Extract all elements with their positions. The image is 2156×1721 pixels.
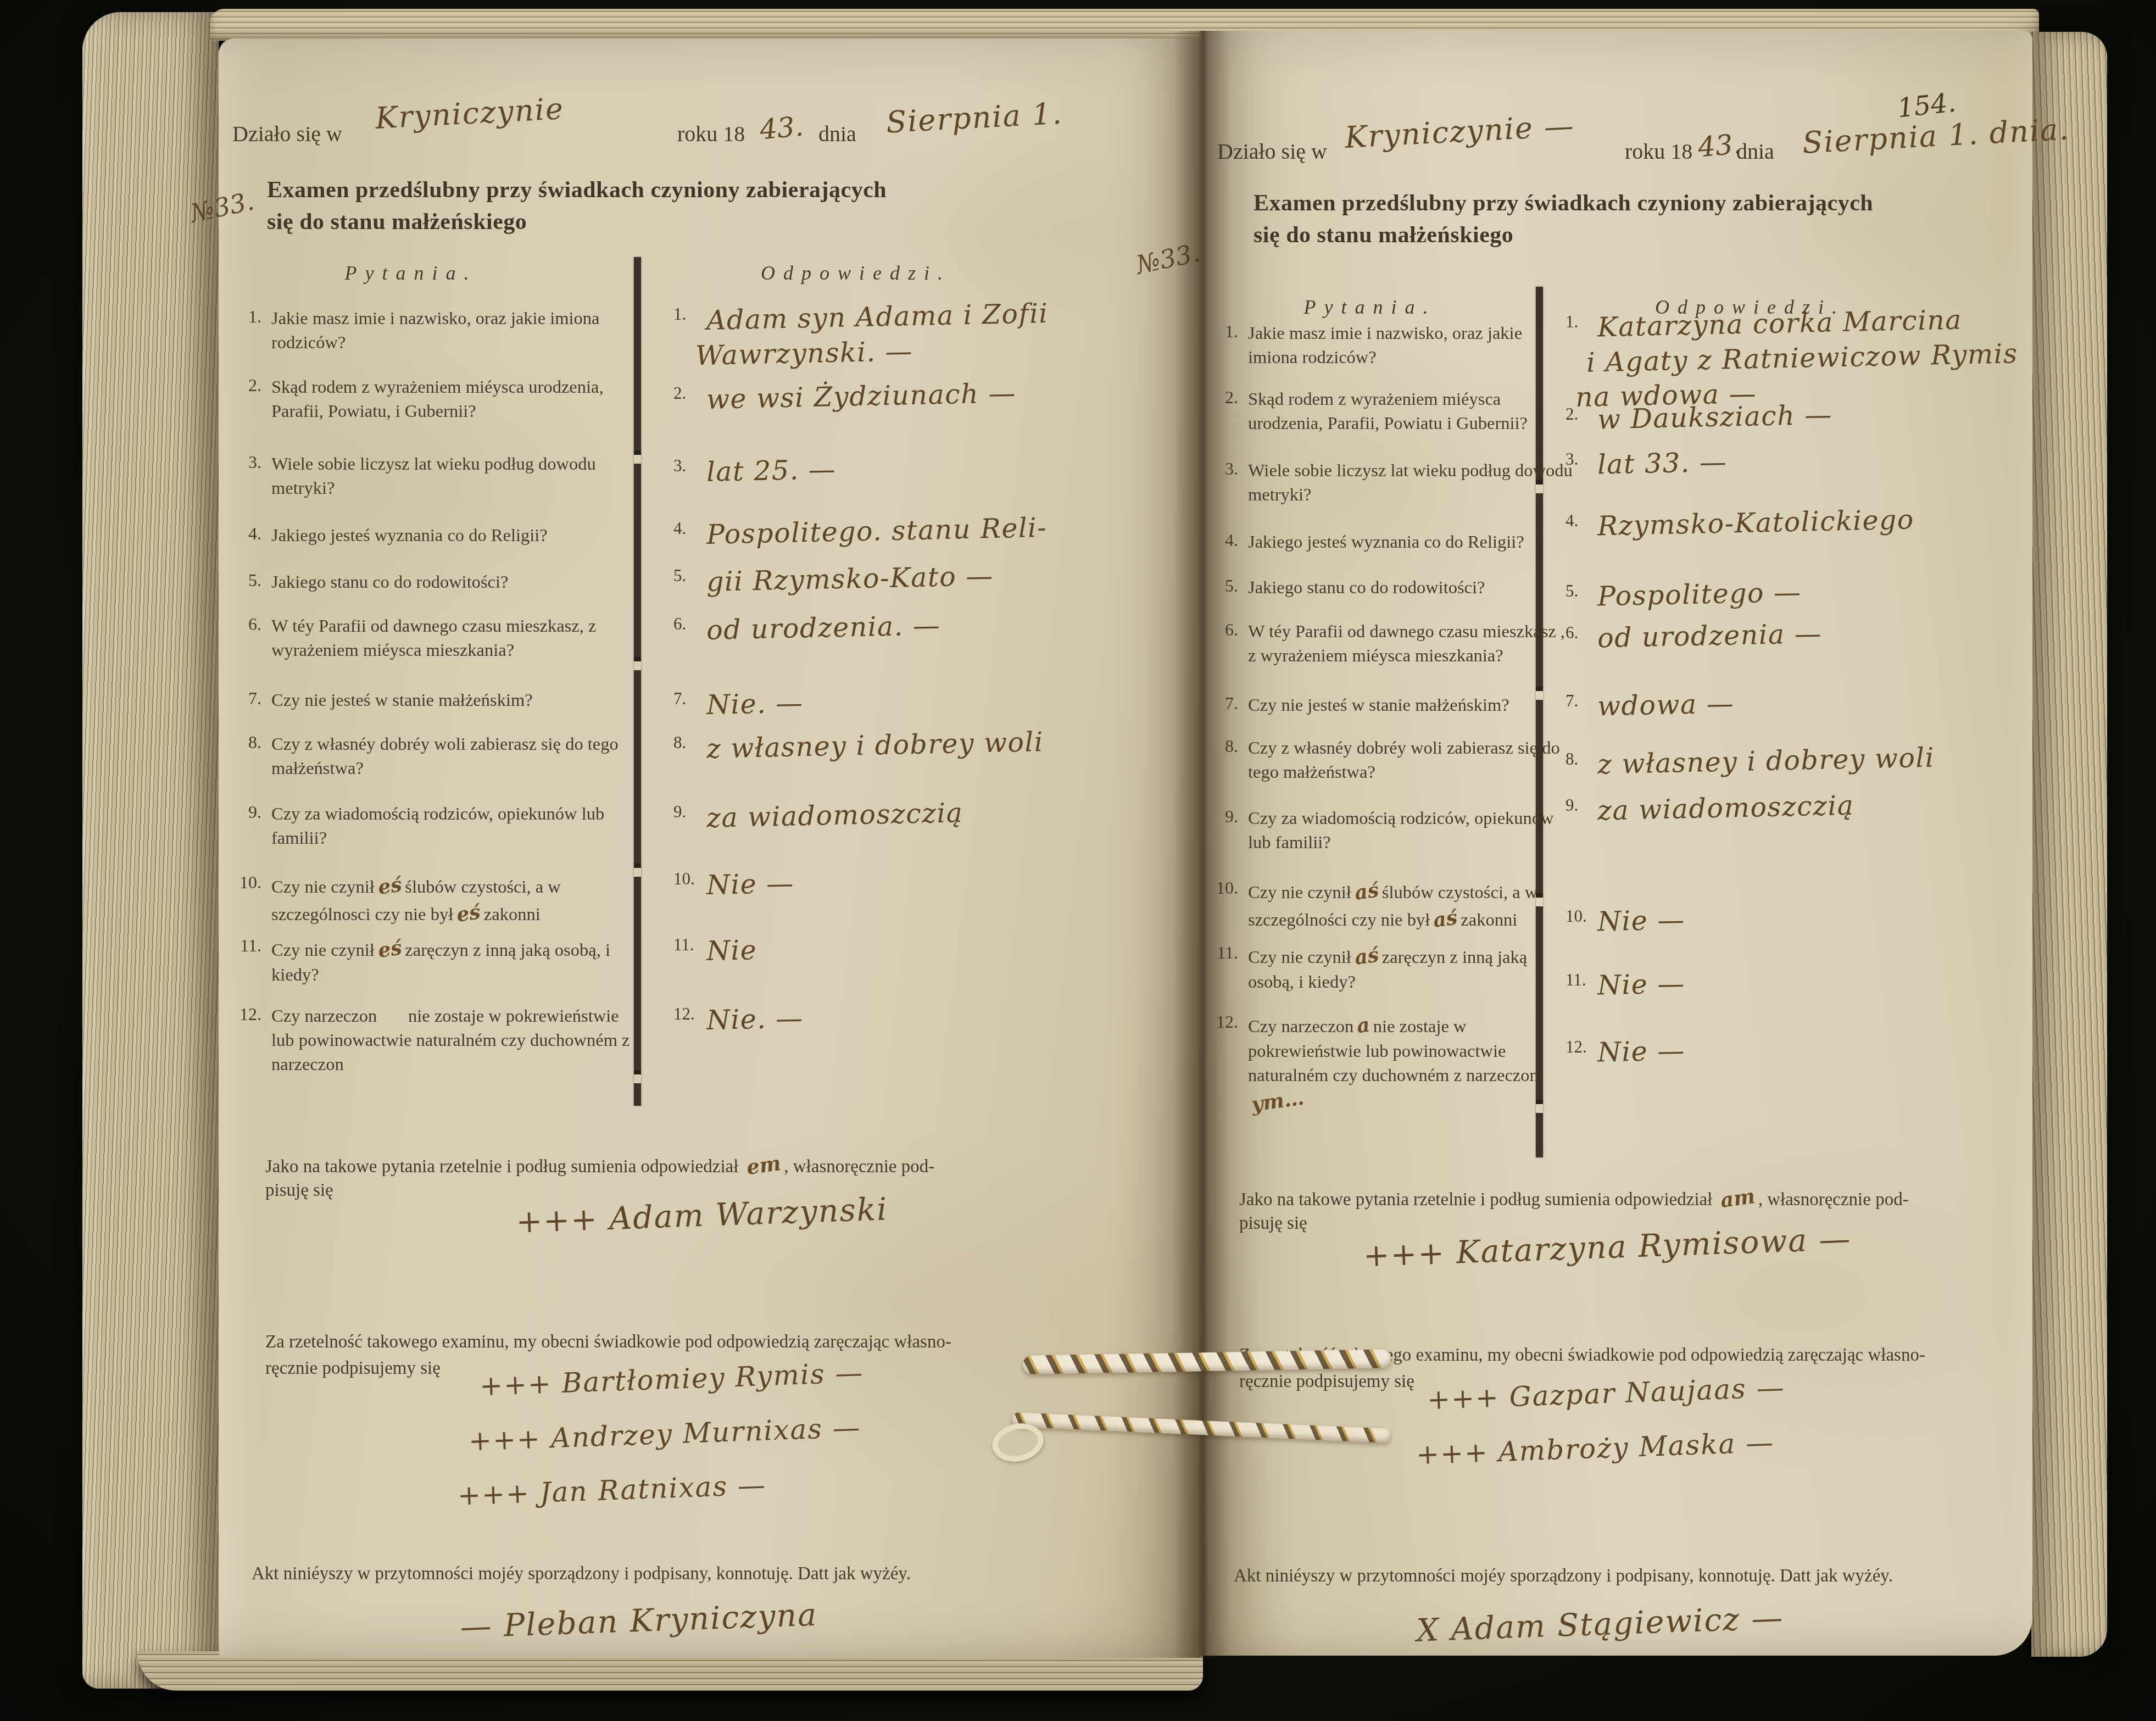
witness-signature: +++ Ambroży Maska — xyxy=(1416,1427,1775,1471)
handwritten-insert: am xyxy=(1715,1182,1760,1216)
answer-number: 11. xyxy=(1566,970,1586,990)
answer-item: za wiadomoszczią xyxy=(1597,789,2042,824)
handwritten-insert: em xyxy=(741,1149,785,1183)
question-number: 5. xyxy=(1207,576,1238,596)
declaration-text-line2: pisuję się xyxy=(1239,1211,1307,1236)
question-text-segment: Czy z własnéy dobréy woli zabierasz się … xyxy=(1248,738,1560,782)
question-text-segment: Wiele sobie liczysz lat wieku podług dow… xyxy=(271,454,596,498)
handwritten-insert: eś xyxy=(452,898,486,929)
declaration-text-segment: , własnoręcznie pod- xyxy=(784,1157,934,1177)
answer-item: od urodzenia. — xyxy=(706,608,1228,643)
answer-item: we wsi Żydziunach — xyxy=(706,377,1228,412)
question-text-segment: Czy z własnéy dobréy woli zabierasz się … xyxy=(271,734,619,778)
question-text-segment: Jakiego jesteś wyznania co do Religii? xyxy=(1248,532,1524,552)
scanned-book-photo: { "document": { "page_number": "154.", "… xyxy=(0,0,2156,1721)
question-text-segment: Jakiego stanu co do rodowitości? xyxy=(271,572,508,592)
question-text-segment: Skąd rodem z wyrażeniem miéysca urodzeni… xyxy=(271,377,604,421)
question-number: 4. xyxy=(1207,530,1238,550)
place-handwritten: Kryniczynie — xyxy=(1344,108,1576,155)
question-text: Czy nie czyniłaśzaręczyn z inną jaką oso… xyxy=(1248,943,1573,994)
answer-text: z własney i dobrey woli xyxy=(706,721,1228,767)
form-title-line1: Examen przedślubny przy świadkach czynio… xyxy=(267,177,1157,203)
question-number: 7. xyxy=(1207,693,1238,714)
handwritten-insert: eś xyxy=(373,933,407,965)
question-number: 10. xyxy=(1207,878,1238,898)
handwritten-insert: aś xyxy=(1350,876,1384,907)
question-text: Wiele sobie liczysz lat wieku podług dow… xyxy=(271,452,635,500)
question-text: Jakie masz imie i nazwisko, oraz jakie i… xyxy=(271,307,635,355)
question-text-segment: Czy za wiadomością rodziców, opiekunów l… xyxy=(271,804,604,848)
questions-column-header: Pytania. xyxy=(1304,296,1436,319)
witnesses-text-line2: ręcznie podpisujemy się xyxy=(1239,1369,1414,1394)
answer-item: Nie — xyxy=(1597,963,2042,999)
witness-signature: +++ Andrzey Murnixas — xyxy=(468,1412,862,1457)
question-number: 11. xyxy=(1207,943,1238,963)
question-text: Jakiego jesteś wyznania co do Religii? xyxy=(1248,530,1573,554)
question-text: Skąd rodem z wyrażeniem miéysca urodzeni… xyxy=(1248,387,1573,436)
answer-number: 7. xyxy=(1566,691,1578,711)
answer-number: 11. xyxy=(673,935,694,955)
answer-item: Nie — xyxy=(1597,900,2042,935)
answer-item: za wiadomoszczią xyxy=(706,795,1228,831)
question-text-segment: Czy nie jesteś w stanie małżeńskim? xyxy=(271,690,533,710)
question-text-segment: Czy nie czynił xyxy=(1248,883,1351,903)
question-text-segment: Czy nie jesteś w stanie małżeńskim? xyxy=(1248,695,1509,715)
question-number: 6. xyxy=(1207,620,1238,640)
date-handwritten: Sierpnia 1. dnia. xyxy=(1802,112,2070,160)
answer-item: z własney i dobrey woli xyxy=(1597,743,2042,778)
question-number: 10. xyxy=(227,872,261,893)
question-text-segment: Jakie masz imie i nazwisko, oraz jakie i… xyxy=(1248,324,1522,367)
answer-number: 4. xyxy=(673,519,686,538)
question-text-segment: Wiele sobie liczysz lat wieku podług dow… xyxy=(1248,461,1573,505)
answer-item: od urodzenia — xyxy=(1597,616,2042,651)
answer-number: 10. xyxy=(1566,906,1587,926)
closing-text: Akt niniéyszy w przytomności mojéy sporz… xyxy=(1234,1563,1893,1589)
respondent-signature: +++ Katarzyna Rymisowa — xyxy=(1332,1220,1882,1276)
answer-number: 6. xyxy=(673,614,686,634)
answer-text: w Dauksziach — xyxy=(1597,393,2042,438)
answer-number: 4. xyxy=(1566,511,1578,531)
answer-text: za wiadomoszczią xyxy=(1597,784,2042,829)
answer-number: 5. xyxy=(673,566,686,586)
book-fore-edge-left xyxy=(82,12,219,1689)
question-number: 1. xyxy=(227,307,261,327)
question-text-segment: zakonni xyxy=(484,905,541,924)
questions-column-header: Pytania. xyxy=(345,261,477,285)
answer-text: Pospolitego — xyxy=(1597,570,2042,615)
answer-text: Rzymsko-Katolickiego xyxy=(1597,500,2042,544)
question-text: Czy nie jesteś w stanie małżeńskim? xyxy=(271,688,635,712)
respondent-signature: +++ Adam Warzynski xyxy=(427,1188,977,1244)
answer-item: Nie xyxy=(706,928,1228,963)
answer-text: lat 33. — xyxy=(1597,438,2042,483)
answer-number: 8. xyxy=(673,733,686,753)
witnesses-text-line2: ręcznie podpisujemy się xyxy=(265,1356,441,1381)
question-number: 3. xyxy=(1207,459,1238,479)
question-text-segment: W téy Parafii od dawnego czasu mieszkasz… xyxy=(271,616,596,660)
answer-number: 2. xyxy=(1566,404,1578,424)
question-number: 9. xyxy=(227,802,261,822)
form-title-line2: się do stanu małżeńskiego xyxy=(1254,222,2017,248)
witness-signature: +++ Jan Ratnixas — xyxy=(457,1469,767,1512)
question-text: Wiele sobie liczysz lat wieku podług dow… xyxy=(1248,459,1573,507)
officiant-signature: X Adam Stągiewicz — xyxy=(1344,1597,1856,1651)
question-number: 6. xyxy=(227,614,261,634)
question-text-segment: Jakiego stanu co do rodowitości? xyxy=(1248,578,1485,598)
question-text-segment: Jakie masz imie i nazwisko, oraz jakie i… xyxy=(271,309,599,353)
answer-text: Nie — xyxy=(706,857,1228,903)
question-text: Skąd rodem z wyrażeniem miéysca urodzeni… xyxy=(271,375,635,424)
question-text: Jakiego stanu co do rodowitości? xyxy=(1248,576,1573,600)
question-text: Jakiego stanu co do rodowitości? xyxy=(271,570,635,594)
answer-text: Pospolitego. stanu Reli- xyxy=(706,506,1228,553)
question-number: 2. xyxy=(227,375,261,396)
answer-text: Nie — xyxy=(1597,959,2042,1004)
witnesses-text-line1: Za rzetelność takowego examinu, my obecn… xyxy=(265,1329,951,1355)
question-number: 12. xyxy=(1207,1012,1238,1032)
answer-item: wdowa — xyxy=(1597,684,2042,720)
question-text: Jakie masz imie i nazwisko, oraz jakie i… xyxy=(1248,321,1573,370)
question-text: Czy z własnéy dobréy woli zabierasz się … xyxy=(271,732,635,781)
answer-text: za wiadomoszczią xyxy=(706,790,1228,836)
witness-signature: +++ Gazpar Naujaas — xyxy=(1427,1372,1785,1416)
answer-item: Pospolitego — xyxy=(1597,575,2042,610)
question-text-segment: Czy nie czynił xyxy=(1248,948,1351,967)
question-number: 7. xyxy=(227,688,261,709)
question-text-segment: Jakiego jesteś wyznania co do Religii? xyxy=(271,526,548,545)
question-text: Czy za wiadomością rodziców, opiekunów l… xyxy=(1248,806,1573,855)
answers-column-header: Odpowiedzi. xyxy=(761,261,951,285)
question-text: Czy nie czyniłeśzaręczyn z inną jaką oso… xyxy=(271,935,635,987)
officiant-signature: — Pleban Kryniczyna xyxy=(375,1594,903,1648)
place-handwritten: Kryniczynie xyxy=(375,91,565,136)
handwritten-insert: aś xyxy=(1428,903,1462,934)
page-right: 154. Działo się wKryniczynie —roku 1843.… xyxy=(1201,31,2032,1656)
witness-signature: +++ Bartłomiey Rymis — xyxy=(479,1357,864,1402)
answer-number: 1. xyxy=(673,304,686,324)
question-text-segment: Czy narzeczon nie zostaje w pokrewieństw… xyxy=(271,1006,630,1074)
question-text: Czy nie jesteś w stanie małżeńskim? xyxy=(1248,693,1573,717)
question-text-segment: Czy nie czynił xyxy=(271,940,375,960)
answer-item: z własney i dobrey woli xyxy=(706,726,1228,761)
declaration-text-segment: Jako na takowe pytania rzetelnie i podłu… xyxy=(265,1157,743,1177)
answer-number: 3. xyxy=(673,456,686,476)
question-text: Czy z własnéy dobréy woli zabierasz się … xyxy=(1248,736,1573,784)
question-number: 12. xyxy=(227,1004,261,1024)
question-number: 11. xyxy=(227,935,261,956)
answer-item: lat 33. — xyxy=(1597,443,2042,478)
answer-text: wdowa — xyxy=(1597,680,2042,725)
answer-number: 7. xyxy=(673,689,686,709)
question-text-segment: Czy za wiadomością rodziców, opiekunów l… xyxy=(1248,809,1554,853)
answer-item: Nie. — xyxy=(706,682,1228,717)
answer-number: 9. xyxy=(673,802,686,822)
answer-text: od urodzenia — xyxy=(1597,612,2042,656)
answer-text: Nie. — xyxy=(706,677,1228,723)
answer-text: Nie — xyxy=(1597,895,2042,940)
question-text-segment: zakonni xyxy=(1461,910,1517,930)
question-text-segment: W téy Parafii od dawnego czasu mieszkasz… xyxy=(1248,622,1565,666)
answer-number: 1. xyxy=(1566,312,1578,332)
answer-number: 3. xyxy=(1566,449,1578,469)
answer-number: 10. xyxy=(673,869,695,889)
answer-item: w Dauksziach — xyxy=(1597,398,2042,433)
header-day-label: dnia xyxy=(1736,138,1774,164)
answer-text: lat 25. — xyxy=(706,444,1228,490)
declaration-text: Jako na takowe pytania rzetelnie i podłu… xyxy=(1239,1184,1909,1213)
answer-number: 5. xyxy=(1566,581,1578,601)
answer-text: Nie xyxy=(706,923,1228,969)
book-fore-edge-right xyxy=(2031,32,2107,1657)
question-text: Czy narzeczon nie zostaje w pokrewieństw… xyxy=(271,1004,635,1077)
handwritten-insert: ym… xyxy=(1246,1084,1309,1119)
header-acted-label: Działo się w xyxy=(232,121,342,147)
handwritten-insert: aś xyxy=(1350,940,1384,972)
answer-item: Nie — xyxy=(706,862,1228,898)
question-number: 4. xyxy=(227,523,261,544)
answer-number: 12. xyxy=(1566,1037,1587,1057)
question-text: Czy nie czyniłaśślubów czystości, a w sz… xyxy=(1248,878,1573,932)
question-number: 1. xyxy=(1207,321,1238,342)
question-text-segment: Czy nie czynił xyxy=(271,877,375,897)
answer-text: z własney i dobrey woli xyxy=(1597,738,2042,783)
answer-item: lat 25. — xyxy=(706,449,1228,484)
year-handwritten: 43. xyxy=(759,110,805,146)
declaration-text-segment: Jako na takowe pytania rzetelnie i podłu… xyxy=(1239,1190,1717,1210)
answer-item: Pospolitego. stanu Reli- xyxy=(706,512,1228,547)
answer-text: od urodzenia. — xyxy=(706,602,1228,648)
answer-item: gii Rzymsko-Kato — xyxy=(706,559,1228,594)
declaration-text: Jako na takowe pytania rzetelnie i podłu… xyxy=(265,1151,934,1180)
answer-number: 8. xyxy=(1566,749,1578,769)
header-acted-label: Działo się w xyxy=(1217,138,1327,164)
answer-item: Nie — xyxy=(1597,1031,2042,1066)
answer-number: 2. xyxy=(673,383,686,403)
question-number: 5. xyxy=(227,570,261,591)
header-day-label: dnia xyxy=(818,121,856,147)
answer-text: we wsi Żydziunach — xyxy=(706,371,1228,417)
answer-item: Nie. — xyxy=(706,998,1228,1033)
declaration-text-segment: , własnoręcznie pod- xyxy=(1758,1190,1909,1210)
question-number: 8. xyxy=(227,732,261,753)
question-text: W téy Parafii od dawnego czasu mieszkasz… xyxy=(271,614,635,662)
answer-text: Nie — xyxy=(1597,1026,2042,1071)
answer-item: Rzymsko-Katolickiego xyxy=(1597,504,2042,539)
form-title-line1: Examen przedślubny przy świadkach czynio… xyxy=(1254,190,2017,216)
question-text: Czy narzeczonanie zostaje w pokrewieństw… xyxy=(1248,1012,1573,1115)
question-text-segment: Czy narzeczon xyxy=(1248,1017,1353,1037)
handwritten-insert: eś xyxy=(373,870,407,901)
answer-number: 9. xyxy=(1566,795,1578,815)
date-handwritten: Sierpnia 1. xyxy=(885,96,1063,140)
header-year-label: roku 18 xyxy=(677,121,745,147)
closing-text: Akt niniéyszy w przytomności mojéy sporz… xyxy=(252,1561,911,1586)
question-number: 3. xyxy=(227,452,261,472)
form-title-line2: się do stanu małżeńskiego xyxy=(267,209,1157,235)
answer-item: Adam syn Adama i ZofiiWawrzynski. — xyxy=(706,298,1228,367)
answer-number: 12. xyxy=(673,1004,695,1024)
question-number: 9. xyxy=(1207,806,1238,827)
declaration-text-line2: pisuję się xyxy=(265,1178,333,1203)
question-text-segment: Skąd rodem z wyrażeniem miéysca urodzeni… xyxy=(1248,389,1528,433)
question-text: Czy nie czyniłeśślubów czystości, a w sz… xyxy=(271,872,635,927)
question-text: W téy Parafii od dawnego czasu mieszkasz… xyxy=(1248,620,1573,668)
question-number: 8. xyxy=(1207,736,1238,756)
question-number: 2. xyxy=(1207,387,1238,408)
answer-text: Nie. — xyxy=(706,992,1228,1038)
question-text: Czy za wiadomością rodziców, opiekunów l… xyxy=(271,802,635,850)
header-year-label: roku 18 xyxy=(1625,138,1692,164)
handwritten-insert: a xyxy=(1352,1011,1375,1040)
question-text: Jakiego jesteś wyznania co do Religii? xyxy=(271,523,635,548)
answer-number: 6. xyxy=(1566,623,1578,643)
answer-text: gii Rzymsko-Kato — xyxy=(706,554,1228,600)
